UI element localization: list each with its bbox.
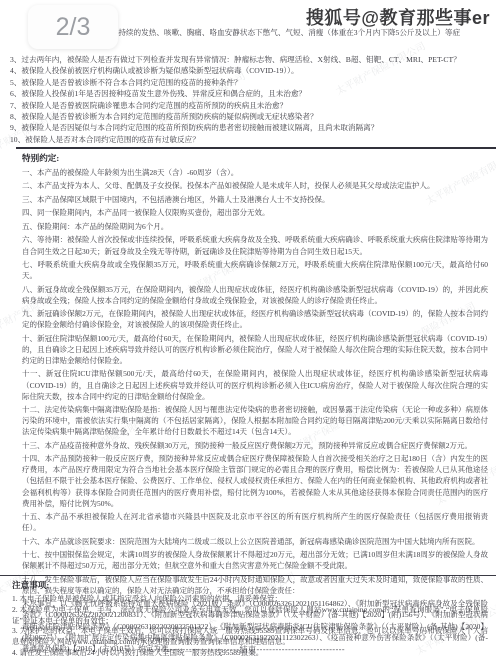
health-question: 6、被保险人投保前1年是否因接种疫苗发生意外伤残、异常反应和偶合症的，且未治愈？ bbox=[10, 88, 490, 99]
special-agreement-item: 十、新冠住院津贴保额100元/天，最高给付60天，在保险期间内，被保险人出现症状… bbox=[22, 333, 488, 366]
special-agreement-item: 十七、按中国银保监会规定，未满10周岁的被保险人身故保额累计不得超过20万元，超… bbox=[22, 549, 488, 571]
page-number-badge: 2/3 bbox=[28, 5, 118, 49]
special-agreement-item: 四、同一保险期间内，本产品同一被保险人仅限购买壹份，超出部分无效。 bbox=[22, 207, 488, 218]
note-item: 1. 本电子保险单是被保险人或其指定受益人向保险公司索赔的依据，请妥善保管； bbox=[12, 594, 488, 605]
sohu-overlay-watermark: 搜狐号@教育那些事er bbox=[306, 4, 490, 30]
health-question: 10、被保险人是否对本合同约定范围的疫苗有过敏反应？ bbox=[10, 134, 490, 145]
special-agreement-item: 九、新冠确诊保额2万元，在保险期间内，被保险人出现症状或体征，经医疗机构确诊感染… bbox=[22, 308, 488, 330]
special-agreement-item: 七、呼吸系统重大疾病身故或全残保额35万元，呼吸系统重大疾病确诊保额2万元，呼吸… bbox=[22, 259, 488, 281]
document-end-marker: ----------------------------结束----------… bbox=[0, 644, 496, 655]
health-question: 5、被保险人是否曾被诊断不符合本合同约定范围的疫苗的接种条件？ bbox=[10, 77, 490, 88]
special-agreement-item: 十四、本产品预防接种一般反应医疗费，预防接种异常反应或偶合症医疗费保障被保险人自… bbox=[22, 453, 488, 508]
health-question-list: 3、过去两年内，被保险人是否有做过下列检查并发现有异常情况：肿瘤标志物、病理活检… bbox=[10, 54, 490, 145]
special-agreement-item: 十二、法定传染病集中隔离津贴保险是指：被保险人因与罹患法定传染病的患者密切接触，… bbox=[22, 404, 488, 437]
special-agreements-heading: 特别约定: bbox=[22, 152, 488, 165]
health-question: 8、被保险人是否曾被诊断为本合同约定范围的疫苗所预防疾病的疑似病例或无症状感染者… bbox=[10, 111, 490, 122]
special-agreement-item: 十三、本产品疫苗接种意外身故、残疾保额30万元，预防接种一般反应医疗费保额2万元… bbox=[22, 440, 488, 451]
special-agreement-item: 一、本产品的被保险人年龄须为出生满28天（含）-60周岁（含）。 bbox=[22, 167, 488, 178]
section-divider bbox=[0, 575, 496, 576]
special-agreement-item: 二、本产品支持为本人、父母、配偶及子女投保。投保本产品如被保险人是未成年人时，投… bbox=[22, 180, 488, 191]
health-question: 7、被保险人是否曾被医院确诊罹患本合同约定范围的疫苗所预防的疾病且未治愈？ bbox=[10, 100, 490, 111]
special-agreement-item: 三、本产品保障区域限于中国境内，不包括港澳台地区，外籍人士及港澳台人士不支持投保… bbox=[22, 194, 488, 205]
special-agreement-item: 十一、新冠住院ICU津贴保额500元/天，最高给付60天，在保险期间内，被保险人… bbox=[22, 368, 488, 401]
special-agreement-item: 八、新冠身故或全残保额35万元，在保险期间内，被保险人出现症状或体征，经医疗机构… bbox=[22, 284, 488, 306]
special-agreement-item: 十六、本产品就诊医院要求：医院范围为大陆境内二级或二级以上公立医院普通部，新冠病… bbox=[22, 536, 488, 547]
page-number-text: 2/3 bbox=[56, 13, 91, 42]
special-agreement-item: 十五、本产品不承担被保险人在河北省承德市兴隆县中医院及北京市平谷区的所有医疗机构… bbox=[22, 511, 488, 533]
note-item: 2. 本保险单为电子保单，手写、涂改或无保险公司业务专用章无效。您可以登陆保险人… bbox=[12, 605, 488, 627]
health-question: 9、被保险人是否因疑似与本合同约定范围的疫苗所预防疾病的患者密切接触而被建议隔离… bbox=[10, 122, 490, 133]
section-divider bbox=[16, 147, 496, 149]
notes-heading: 注意事项: bbox=[12, 579, 488, 592]
health-question: 3、过去两年内，被保险人是否有做过下列检查并发现有异常情况：肿瘤标志物、病理活检… bbox=[10, 54, 490, 65]
special-agreement-item: 六、等待期：被保险人首次投保或非连续投保，呼吸系统重大疾病身故及全残、呼吸系统重… bbox=[22, 234, 488, 256]
special-agreement-item: 五、保险期间：本产品的保险期间为6个月。 bbox=[22, 221, 488, 232]
health-question: 4、被保险人投保前被医疗机构确认或被诊断为疑似感染新型冠状病毒（COVID-19… bbox=[10, 65, 490, 76]
